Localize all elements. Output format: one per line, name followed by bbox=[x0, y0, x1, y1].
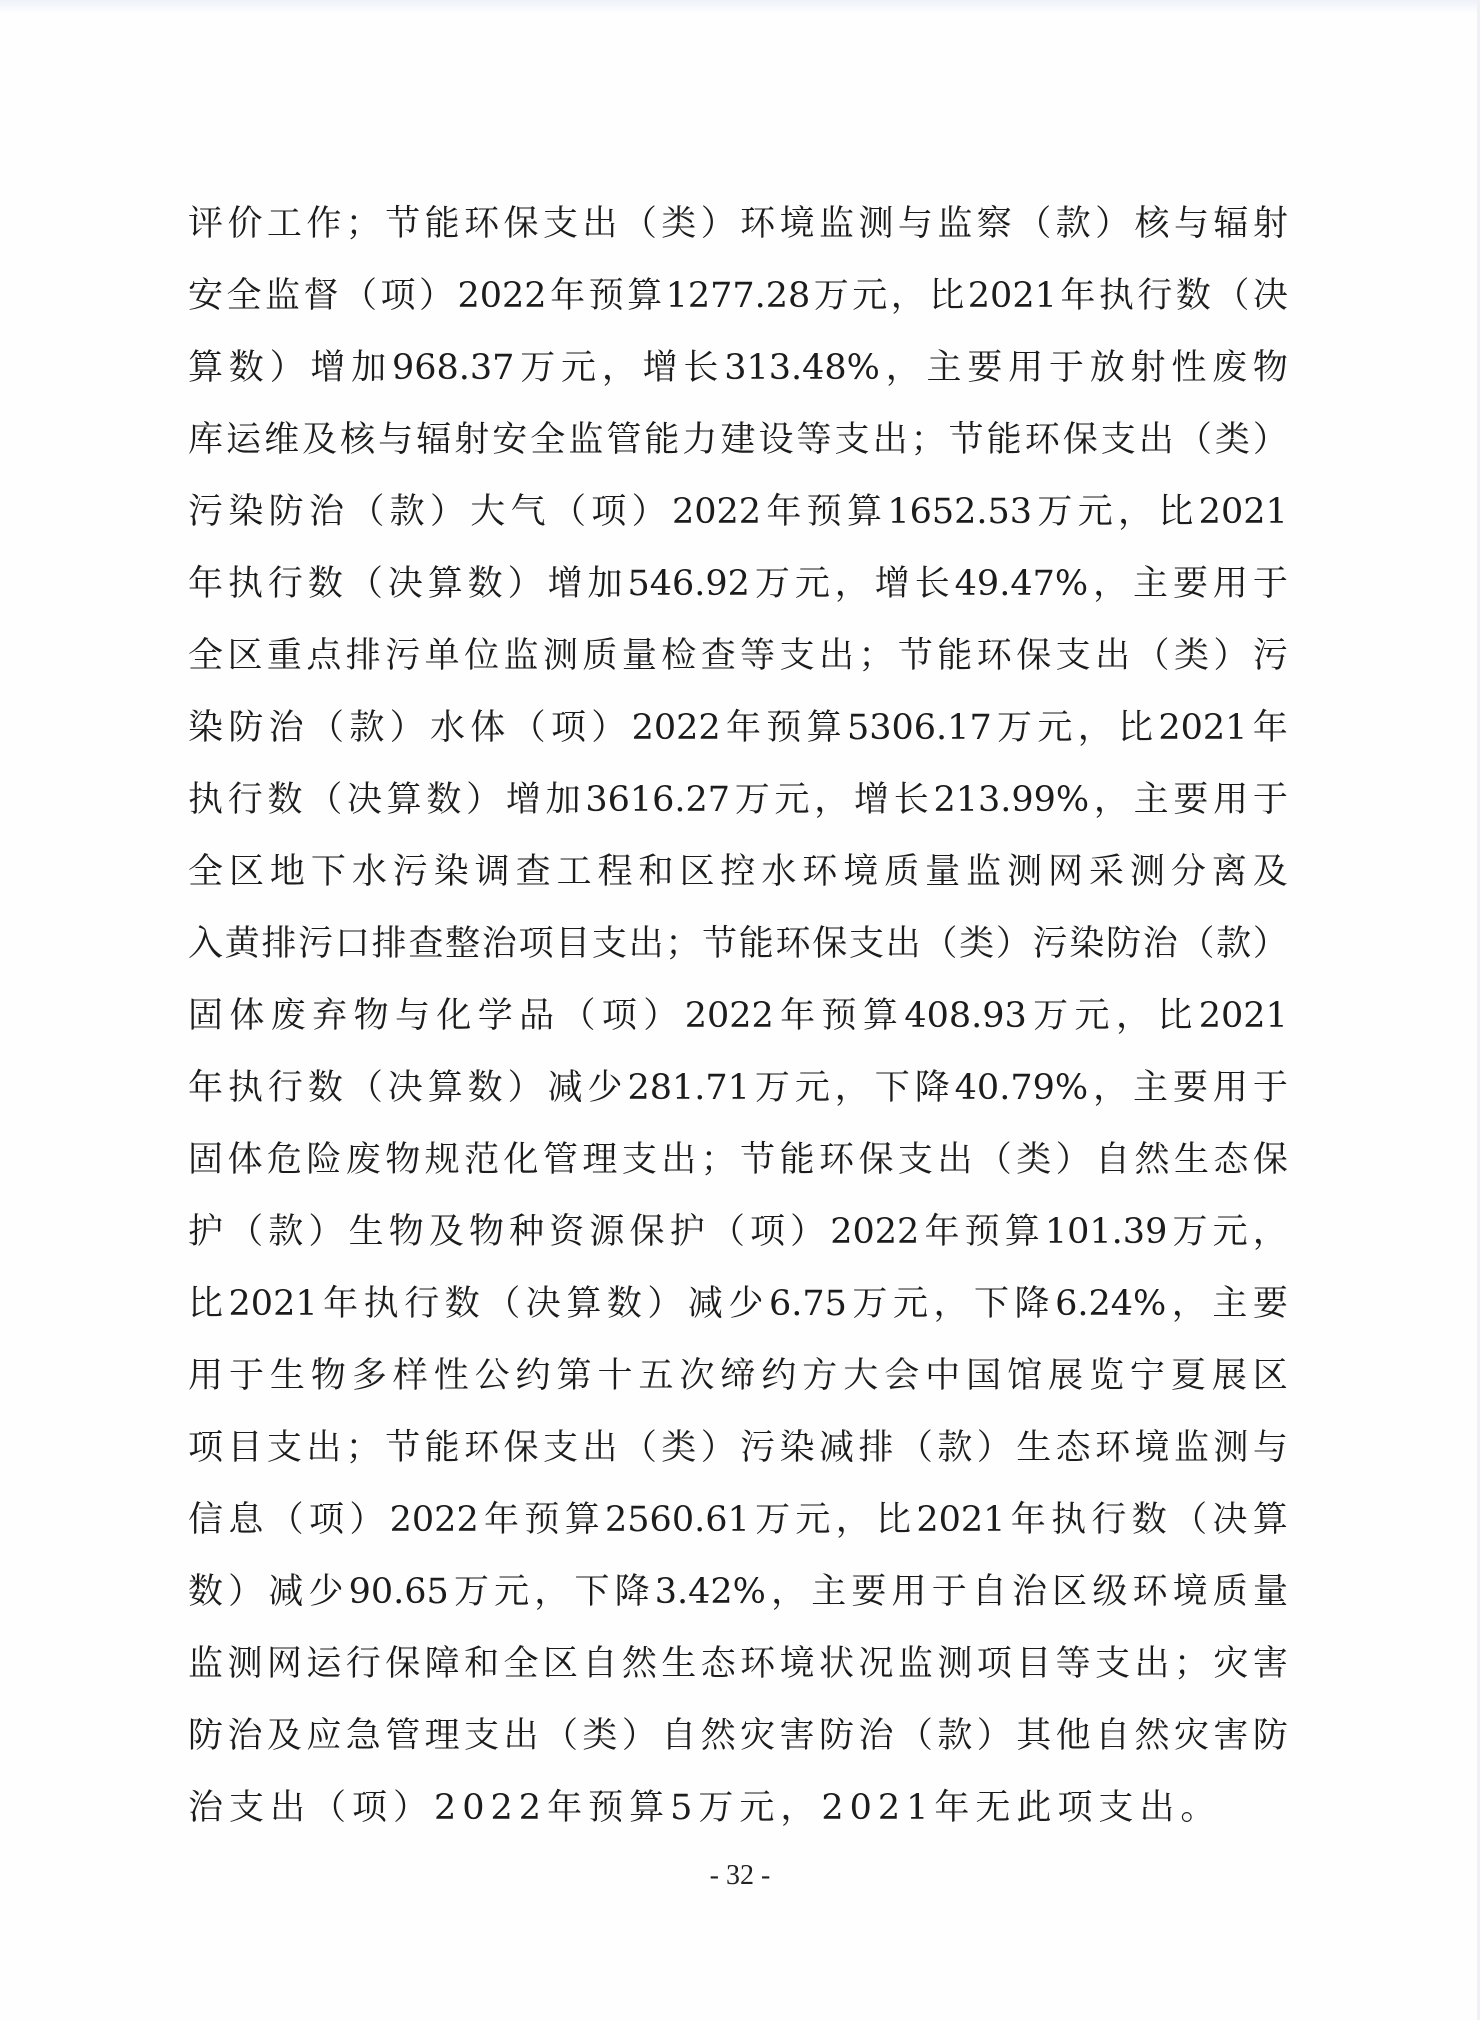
text-line-6: 年执行数（决算数）增加546.92万元，增长49.47%，主要用于 bbox=[188, 548, 1288, 620]
body-paragraph: 评价工作；节能环保支出（类）环境监测与监察（款）核与辐射 安全监督（项）2022… bbox=[188, 188, 1288, 1844]
text-line-9: 执行数（决算数）增加3616.27万元，增长213.99%，主要用于 bbox=[188, 764, 1288, 836]
text-line-7: 全区重点排污单位监测质量检查等支出；节能环保支出（类）污 bbox=[188, 620, 1288, 692]
text-line-12: 固体废弃物与化学品（项）2022年预算408.93万元，比2021 bbox=[188, 980, 1288, 1052]
text-line-22: 防治及应急管理支出（类）自然灾害防治（款）其他自然灾害防 bbox=[188, 1700, 1288, 1772]
scan-edge-top bbox=[0, 0, 1480, 14]
text-line-1: 评价工作；节能环保支出（类）环境监测与监察（款）核与辐射 bbox=[188, 188, 1288, 260]
text-line-5: 污染防治（款）大气（项）2022年预算1652.53万元，比2021 bbox=[188, 476, 1288, 548]
text-line-3: 算数）增加968.37万元，增长313.48%，主要用于放射性废物 bbox=[188, 332, 1288, 404]
text-line-19: 信息（项）2022年预算2560.61万元，比2021年执行数（决算 bbox=[188, 1484, 1288, 1556]
text-line-18: 项目支出；节能环保支出（类）污染减排（款）生态环境监测与 bbox=[188, 1412, 1288, 1484]
text-line-8: 染防治（款）水体（项）2022年预算5306.17万元，比2021年 bbox=[188, 692, 1288, 764]
text-line-10: 全区地下水污染调查工程和区控水环境质量监测网采测分离及 bbox=[188, 836, 1288, 908]
document-page: 评价工作；节能环保支出（类）环境监测与监察（款）核与辐射 安全监督（项）2022… bbox=[0, 0, 1480, 2020]
text-line-17: 用于生物多样性公约第十五次缔约方大会中国馆展览宁夏展区 bbox=[188, 1340, 1288, 1412]
page-number: - 32 - bbox=[0, 1860, 1480, 1892]
text-line-20: 数）减少90.65万元，下降3.42%，主要用于自治区级环境质量 bbox=[188, 1556, 1288, 1628]
text-line-16: 比2021年执行数（决算数）减少6.75万元，下降6.24%，主要 bbox=[188, 1268, 1288, 1340]
text-line-15: 护（款）生物及物种资源保护（项）2022年预算101.39万元， bbox=[188, 1196, 1288, 1268]
text-line-23: 治支出（项）2022年预算5万元，2021年无此项支出。 bbox=[188, 1772, 1288, 1844]
text-line-2: 安全监督（项）2022年预算1277.28万元，比2021年执行数（决 bbox=[188, 260, 1288, 332]
text-line-14: 固体危险废物规范化管理支出；节能环保支出（类）自然生态保 bbox=[188, 1124, 1288, 1196]
text-line-11: 入黄排污口排查整治项目支出；节能环保支出（类）污染防治（款） bbox=[188, 908, 1288, 980]
text-line-13: 年执行数（决算数）减少281.71万元，下降40.79%，主要用于 bbox=[188, 1052, 1288, 1124]
text-line-21: 监测网运行保障和全区自然生态环境状况监测项目等支出；灾害 bbox=[188, 1628, 1288, 1700]
text-line-4: 库运维及核与辐射安全监管能力建设等支出；节能环保支出（类） bbox=[188, 404, 1288, 476]
